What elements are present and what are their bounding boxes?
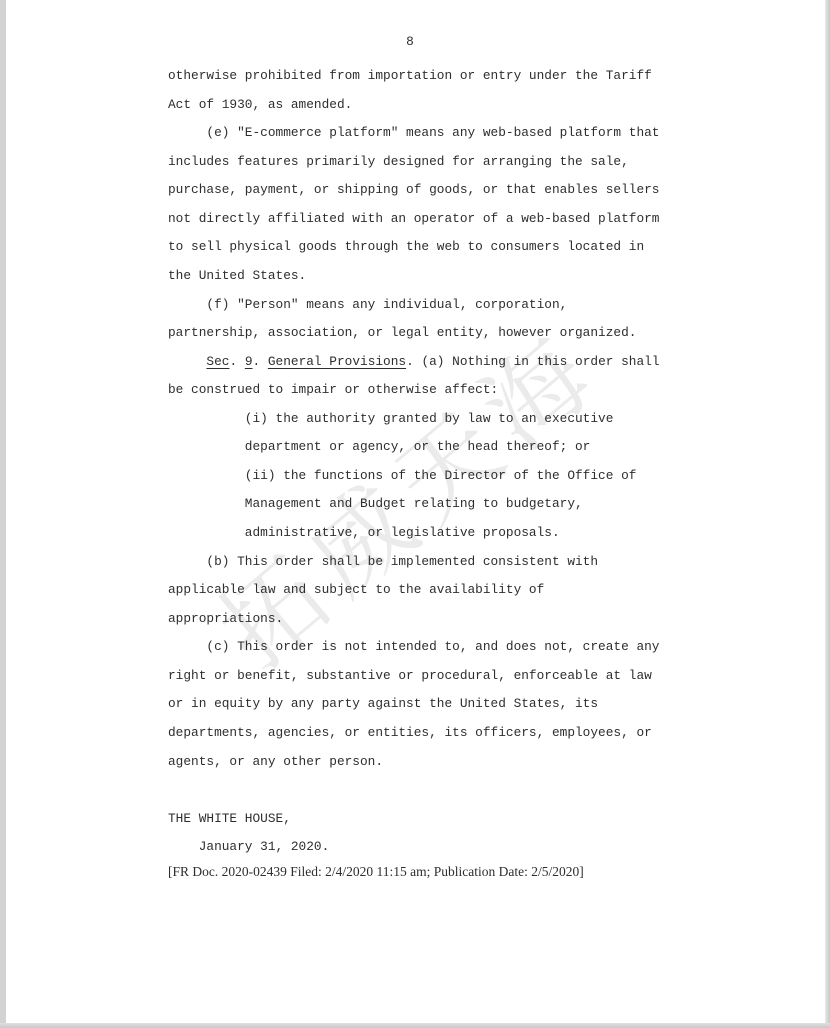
text-line: (i) the authority granted by law to an e… — [168, 405, 688, 434]
page-content: 8 otherwise prohibited from importation … — [0, 0, 830, 1028]
text-line: right or benefit, substantive or procedu… — [168, 662, 688, 691]
text-line: (e) "E-commerce platform" means any web-… — [168, 119, 688, 148]
page-edge-right — [825, 0, 830, 1028]
text-line: departments, agencies, or entities, its … — [168, 719, 688, 748]
fr-doc-line: [FR Doc. 2020-02439 Filed: 2/4/2020 11:1… — [168, 863, 584, 881]
text-line: administrative, or legislative proposals… — [168, 519, 688, 548]
page-edge-bottom — [0, 1023, 830, 1028]
text-line: to sell physical goods through the web t… — [168, 233, 688, 262]
text-line: includes features primarily designed for… — [168, 148, 688, 177]
text-line: Act of 1930, as amended. — [168, 91, 688, 120]
text-line — [168, 776, 688, 805]
text-line: or in equity by any party against the Un… — [168, 690, 688, 719]
text-line: (c) This order is not intended to, and d… — [168, 633, 688, 662]
text-line: not directly affiliated with an operator… — [168, 205, 688, 234]
text-line: Sec. 9. General Provisions. (a) Nothing … — [168, 348, 688, 377]
page-edge-left — [0, 0, 6, 1028]
text-line: (b) This order shall be implemented cons… — [168, 548, 688, 577]
text-line: department or agency, or the head thereo… — [168, 433, 688, 462]
page-number: 8 — [168, 33, 652, 51]
text-line: be construed to impair or otherwise affe… — [168, 376, 688, 405]
text-line: (f) "Person" means any individual, corpo… — [168, 291, 688, 320]
text-line: purchase, payment, or shipping of goods,… — [168, 176, 688, 205]
text-line: January 31, 2020. — [168, 833, 688, 862]
text-line: THE WHITE HOUSE, — [168, 805, 688, 834]
text-line: (ii) the functions of the Director of th… — [168, 462, 688, 491]
text-line: the United States. — [168, 262, 688, 291]
text-line: otherwise prohibited from importation or… — [168, 62, 688, 91]
text-line: applicable law and subject to the availa… — [168, 576, 688, 605]
text-line: agents, or any other person. — [168, 748, 688, 777]
document-body: otherwise prohibited from importation or… — [168, 62, 688, 862]
text-line: Management and Budget relating to budget… — [168, 490, 688, 519]
text-line: appropriations. — [168, 605, 688, 634]
document-page: 拓威天海 8 otherwise prohibited from importa… — [0, 0, 830, 1028]
text-line: partnership, association, or legal entit… — [168, 319, 688, 348]
